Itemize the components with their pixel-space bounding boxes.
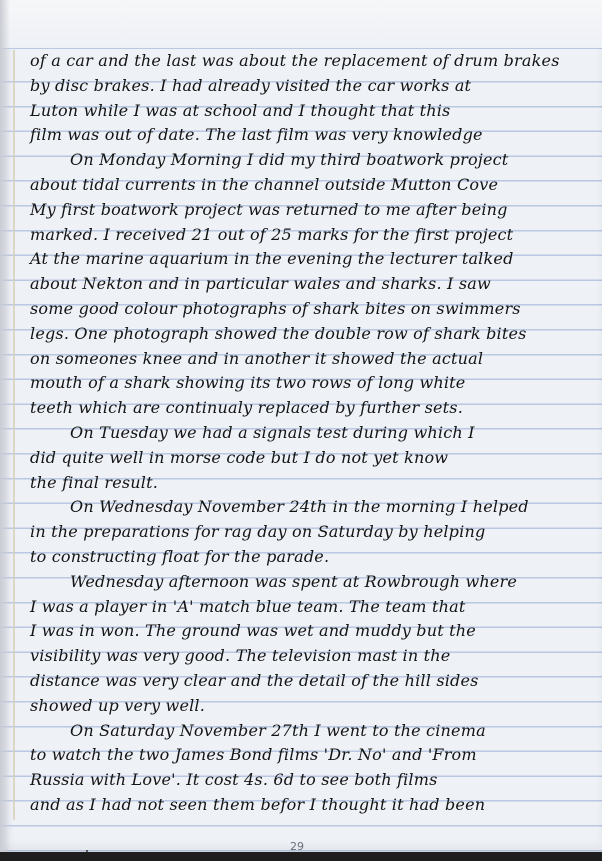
text-line: Russia with Love'. It cost 4s. 6d to see…	[30, 768, 600, 793]
text-line: At the marine aquarium in the evening th…	[30, 247, 600, 272]
paragraph-start-line: On Saturday November 27th I went to the …	[30, 719, 600, 744]
paragraph-start-line: On Wednesday November 24th in the mornin…	[30, 495, 600, 520]
binding-shadow	[0, 0, 10, 852]
scan-bottom-edge	[0, 852, 602, 861]
text-line: My first boatwork project was returned t…	[30, 198, 600, 223]
text-line: some good colour photographs of shark bi…	[30, 297, 600, 322]
page-top-shading	[0, 0, 602, 48]
text-line: to watch the two James Bond films 'Dr. N…	[30, 743, 600, 768]
text-line: and as I had not seen them befor I thoug…	[30, 793, 600, 818]
text-line: on someones knee and in another it showe…	[30, 347, 600, 372]
text-line: by disc brakes. I had already visited th…	[30, 74, 600, 99]
paragraph-start-line: On Monday Morning I did my third boatwor…	[30, 148, 600, 173]
text-line: marked. I received 21 out of 25 marks fo…	[30, 223, 600, 248]
text-line: to constructing float for the parade.	[30, 545, 600, 570]
paragraph-start-line: Wednesday afternoon was spent at Rowbrou…	[30, 570, 600, 595]
margin-line	[13, 50, 15, 820]
text-line: teeth which are continualy replaced by f…	[30, 396, 600, 421]
text-line: did quite well in morse code but I do no…	[30, 446, 600, 471]
handwritten-text-block: of a car and the last was about the repl…	[30, 49, 600, 818]
diary-page: of a car and the last was about the repl…	[0, 0, 602, 852]
text-line: about Nekton and in particular wales and…	[30, 272, 600, 297]
text-line: film was out of date. The last film was …	[30, 123, 600, 148]
text-line: in the preparations for rag day on Satur…	[30, 520, 600, 545]
text-line: of a car and the last was about the repl…	[30, 49, 600, 74]
text-line: I was a player in 'A' match blue team. T…	[30, 595, 600, 620]
text-line: legs. One photograph showed the double r…	[30, 322, 600, 347]
text-line: mouth of a shark showing its two rows of…	[30, 371, 600, 396]
text-line: visibility was very good. The television…	[30, 644, 600, 669]
paragraph-start-line: On Tuesday we had a signals test during …	[30, 421, 600, 446]
text-line: showed up very well.	[30, 694, 600, 719]
text-line: about tidal currents in the channel outs…	[30, 173, 600, 198]
text-line: the final result.	[30, 471, 600, 496]
text-line: distance was very clear and the detail o…	[30, 669, 600, 694]
text-line: I was in won. The ground was wet and mud…	[30, 619, 600, 644]
text-line: Luton while I was at school and I though…	[30, 99, 600, 124]
